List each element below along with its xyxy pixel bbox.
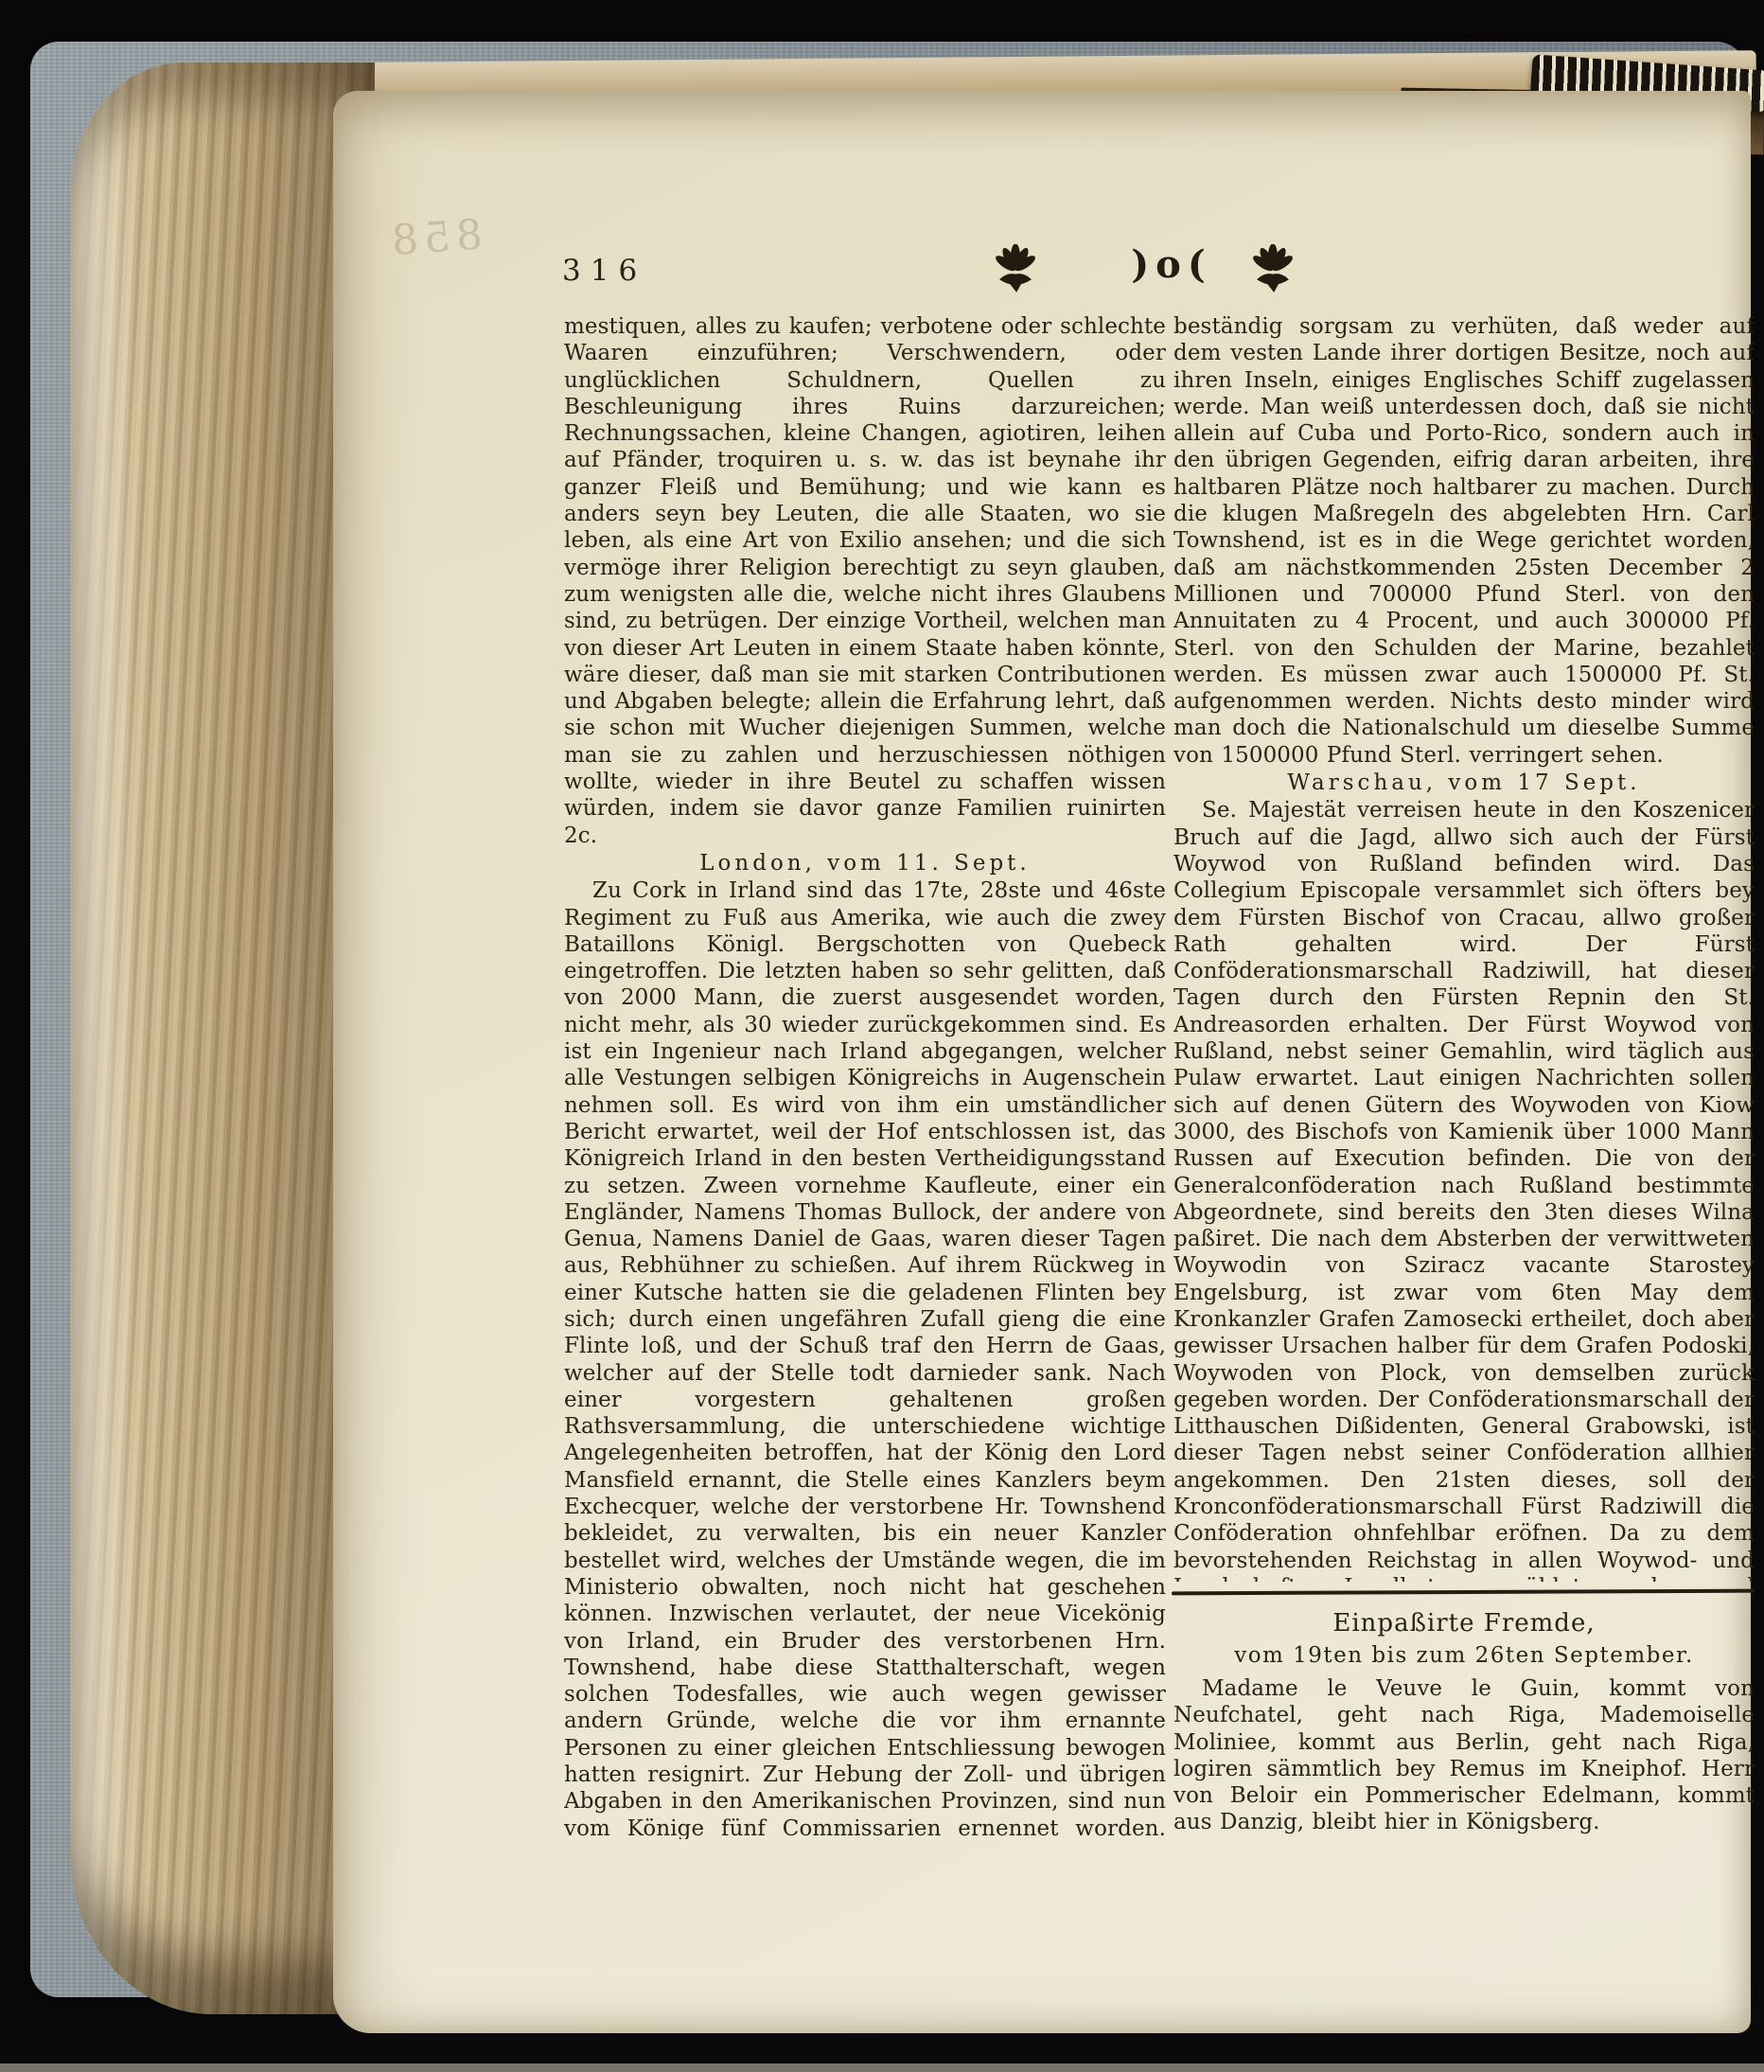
left-paragraph-2: Zu Cork in Irland sind das 17te, 28ste u… <box>564 877 1166 1839</box>
fleuron-icon <box>1251 244 1295 293</box>
right-paragraph-3: Madame le Veuve le Guin, kommt von Neufc… <box>1173 1675 1755 1836</box>
arrivals-paragraph: Madame le Veuve le Guin, kommt von Neufc… <box>1173 1675 1755 1836</box>
show-through-number: 858 <box>384 211 484 266</box>
fleuron-icon <box>994 244 1037 293</box>
page-stack-fore-edge <box>70 62 375 2014</box>
left-column: mestiquen, alles zu kaufen; verbotene od… <box>564 313 1166 1839</box>
section-heading: Einpaßirte Fremde, <box>1173 1609 1755 1638</box>
right-column: beständig sorgsam zu verhüten, daß weder… <box>1173 313 1755 1582</box>
center-ornament: )o( <box>1115 242 1228 287</box>
scan-edge-strip <box>0 2063 1764 2072</box>
right-paragraph-1: beständig sorgsam zu verhüten, daß weder… <box>1173 313 1755 769</box>
left-paragraph-1: mestiquen, alles zu kaufen; verbotene od… <box>564 313 1166 849</box>
section-subheading: vom 19ten bis zum 26ten September. <box>1173 1643 1755 1668</box>
page-number: 316 <box>562 254 646 288</box>
right-paragraph-2: Se. Majestät verreisen heute in den Kosz… <box>1173 797 1755 1582</box>
dateline-london: London, vom 11. Sept. <box>564 850 1166 877</box>
dateline-warschau: Warschau, vom 17 Sept. <box>1173 770 1755 796</box>
header-ornament-row: )o( <box>994 244 1320 297</box>
